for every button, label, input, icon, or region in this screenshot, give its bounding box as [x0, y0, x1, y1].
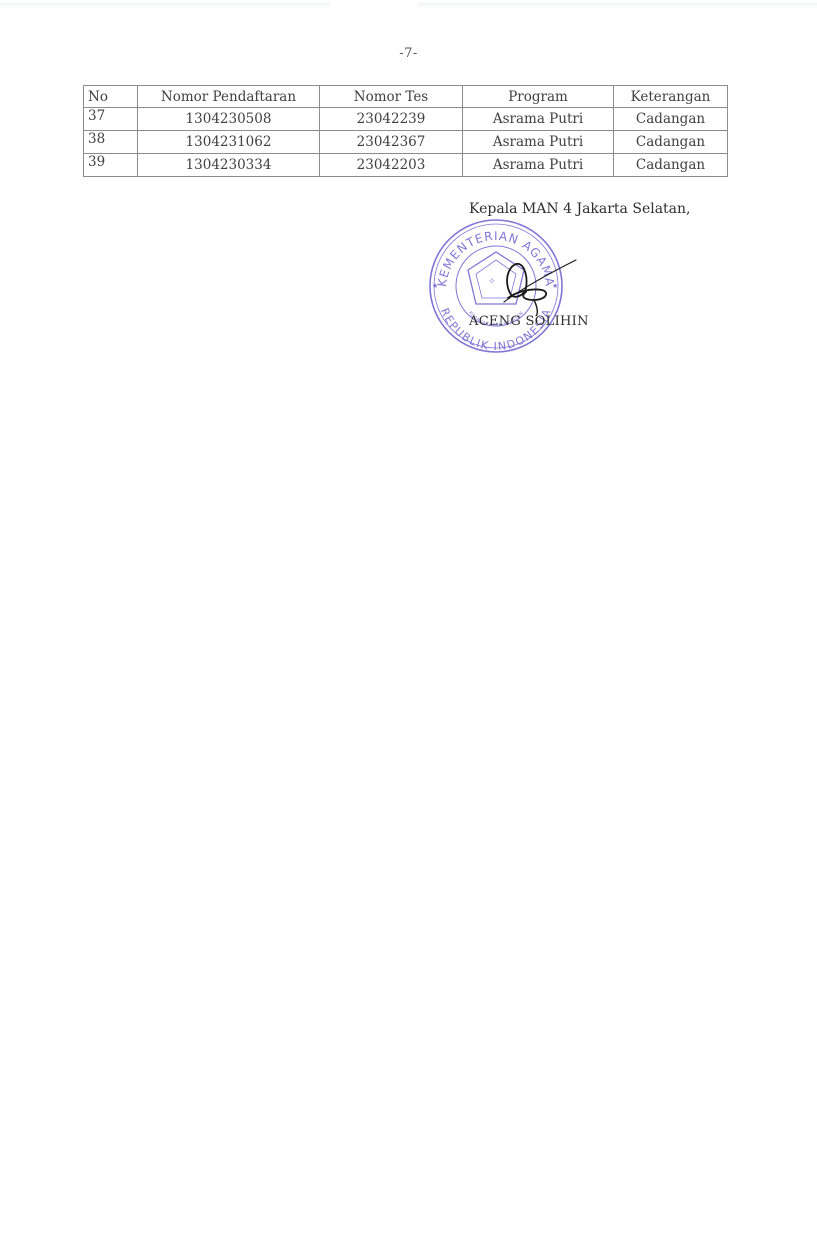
signatory-title: Kepala MAN 4 Jakarta Selatan,	[469, 201, 691, 217]
table-header-row: No Nomor Pendaftaran Nomor Tes Program K…	[84, 86, 728, 108]
cell-registration-number: 1304230334	[138, 154, 320, 177]
cell-test-number: 23042367	[320, 131, 463, 154]
cell-test-number: 23042203	[320, 154, 463, 177]
scan-artifact-left	[0, 3, 330, 8]
header-test-number: Nomor Tes	[320, 86, 463, 108]
cell-program: Asrama Putri	[463, 131, 614, 154]
cell-remark: Cadangan	[614, 154, 728, 177]
cell-remark: Cadangan	[614, 108, 728, 131]
header-no: No	[84, 86, 138, 108]
signature-block: KEMENTERIAN AGAMA REPUBLIK INDONESIA KOT…	[424, 196, 764, 366]
header-registration-number: Nomor Pendaftaran	[138, 86, 320, 108]
svg-text:★: ★	[432, 282, 438, 290]
cell-no: 39	[84, 154, 138, 177]
cell-registration-number: 1304231062	[138, 131, 320, 154]
page-number: -7-	[0, 46, 817, 61]
header-remark: Keterangan	[614, 86, 728, 108]
scan-artifact-right	[418, 3, 817, 8]
cell-no: 37	[84, 108, 138, 131]
result-table: No Nomor Pendaftaran Nomor Tes Program K…	[83, 85, 728, 177]
cell-no: 38	[84, 131, 138, 154]
cell-remark: Cadangan	[614, 131, 728, 154]
header-program: Program	[463, 86, 614, 108]
signatory-name: ACENG SOLIHIN	[469, 314, 589, 329]
cell-test-number: 23042239	[320, 108, 463, 131]
table-row: 37 1304230508 23042239 Asrama Putri Cada…	[84, 108, 728, 131]
cell-registration-number: 1304230508	[138, 108, 320, 131]
cell-program: Asrama Putri	[463, 108, 614, 131]
table-row: 38 1304231062 23042367 Asrama Putri Cada…	[84, 131, 728, 154]
cell-program: Asrama Putri	[463, 154, 614, 177]
handwritten-signature-icon	[464, 246, 584, 316]
table-row: 39 1304230334 23042203 Asrama Putri Cada…	[84, 154, 728, 177]
